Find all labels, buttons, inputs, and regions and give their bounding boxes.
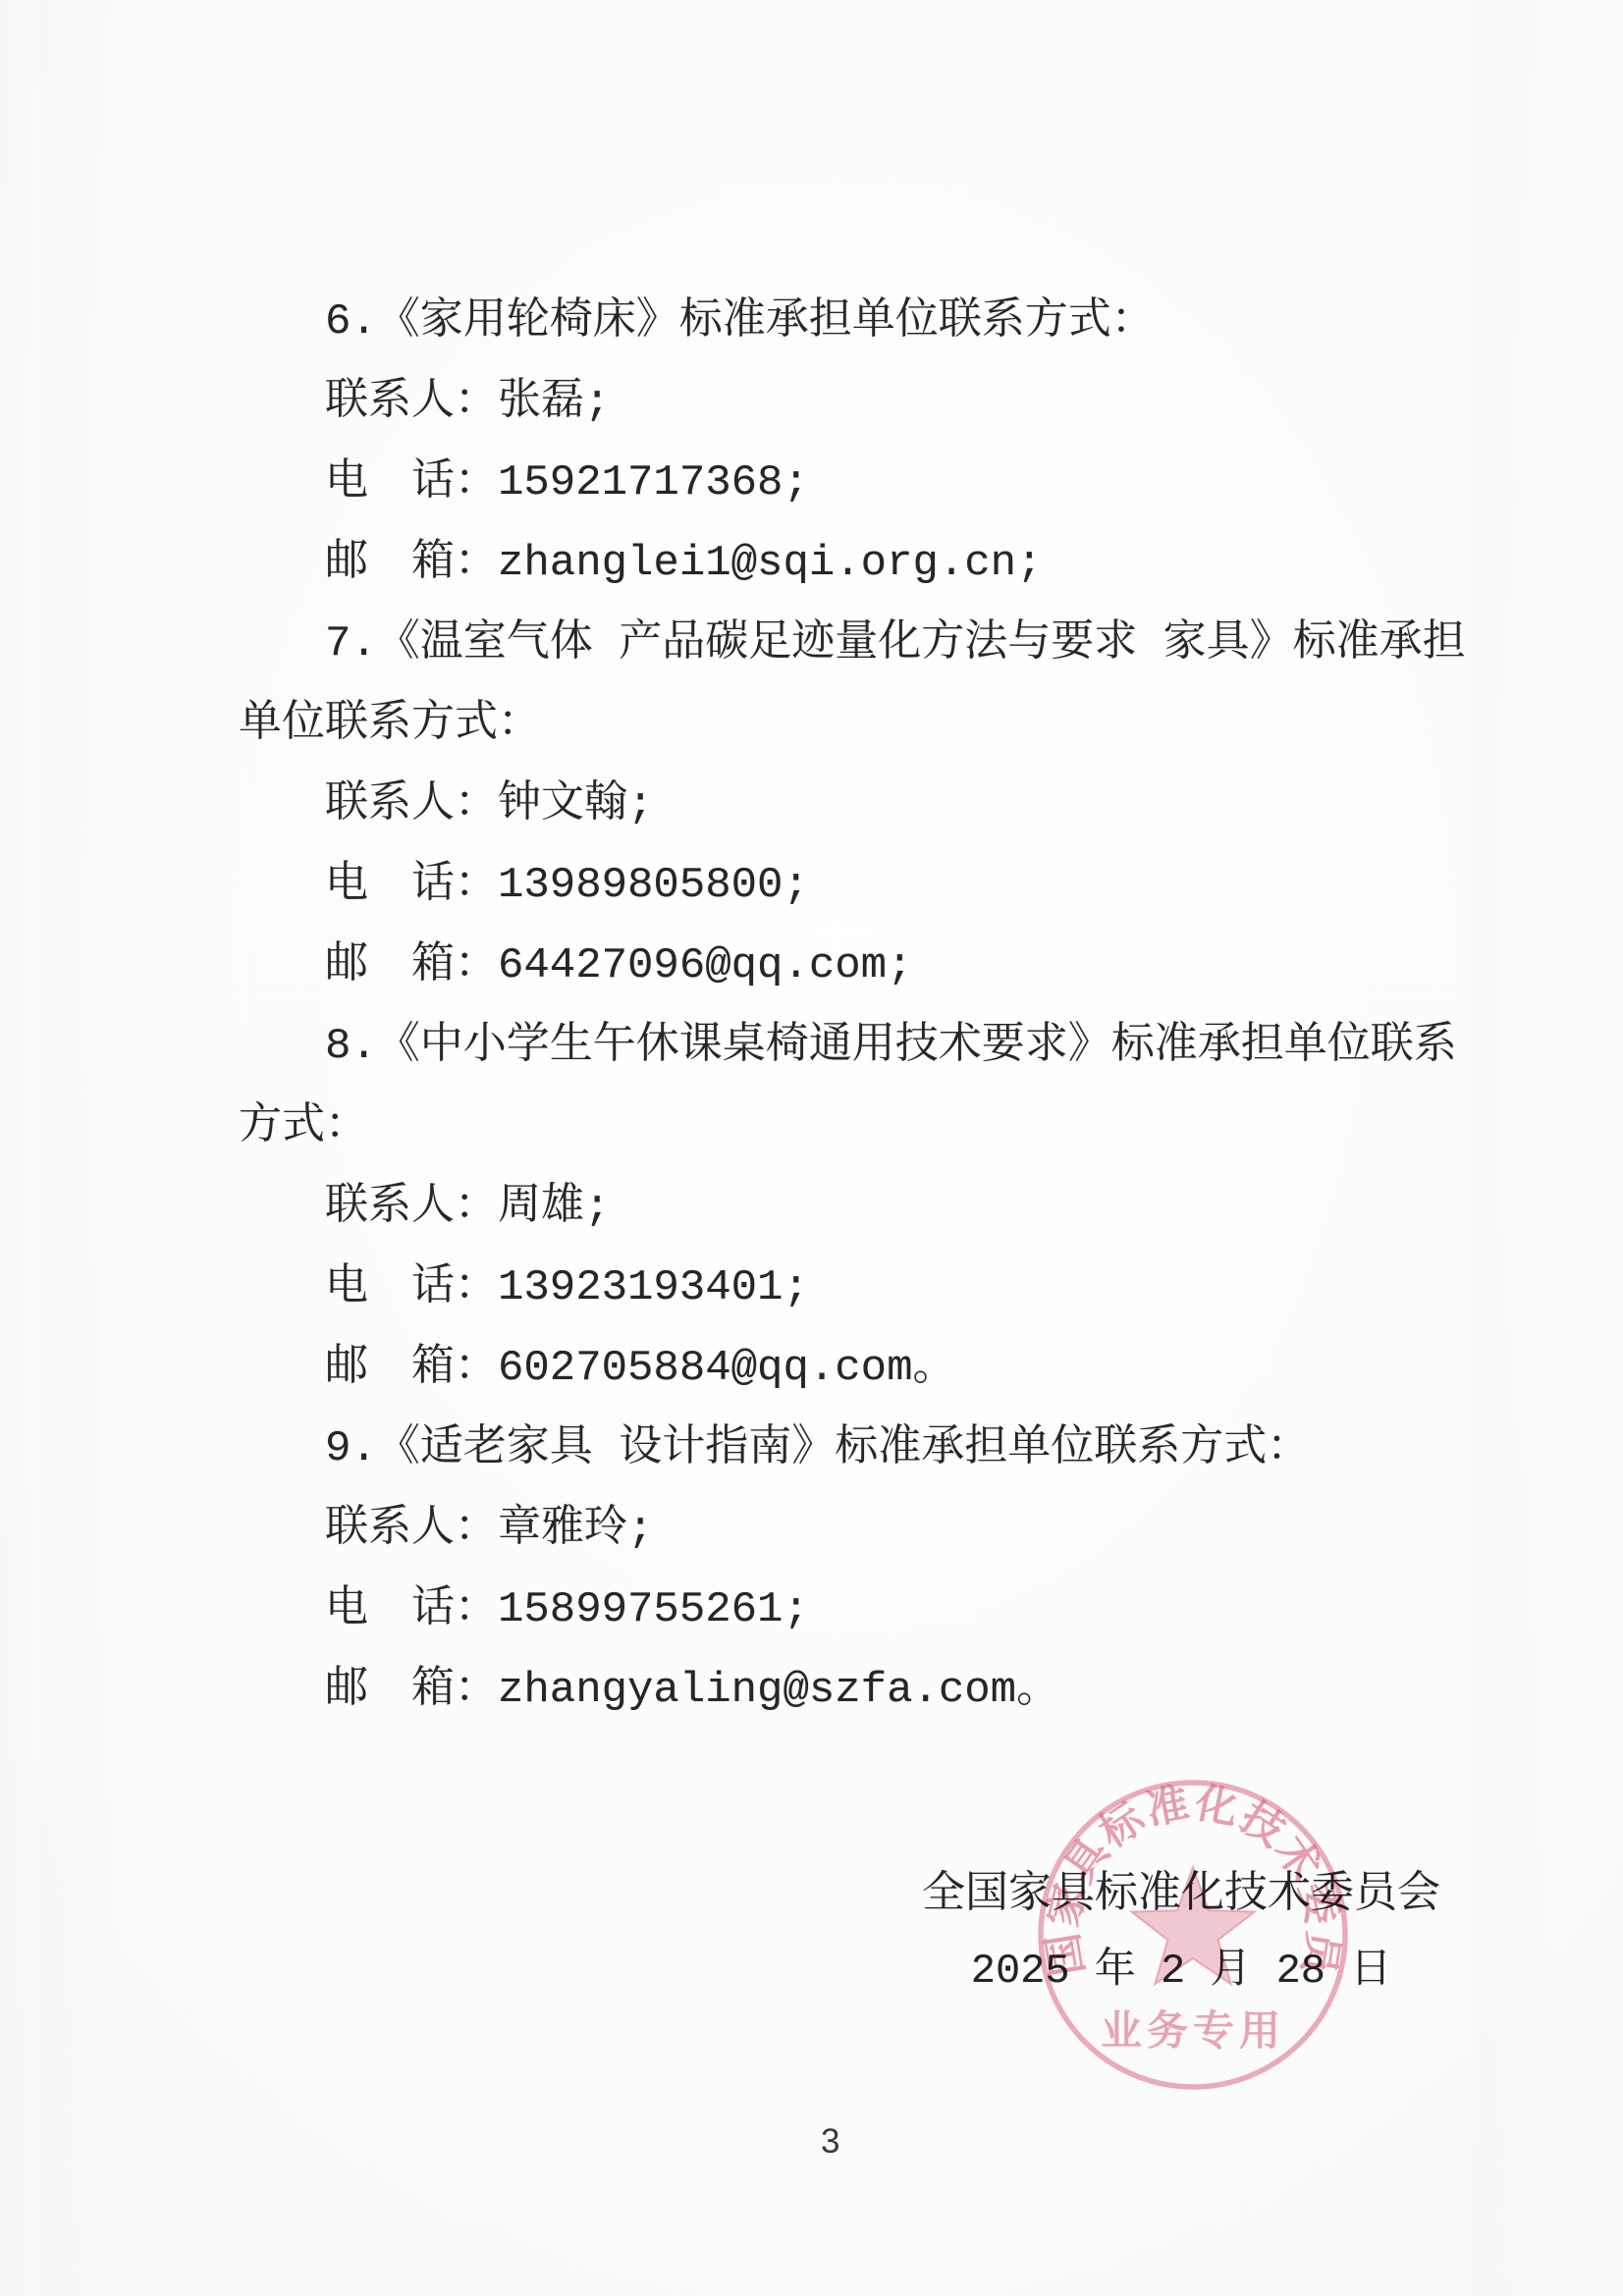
scanned-document-page: 6.《家用轮椅床》标准承担单位联系方式：联系人：张磊;电 话：159217173… (0, 0, 1623, 2296)
signature-date: 2025 年 2 月 28 日 (921, 1949, 1441, 1994)
text-line: 联系人：章雅玲; (239, 1489, 1399, 1570)
text-line: 单位联系方式： (239, 684, 1399, 765)
body-text: 6.《家用轮椅床》标准承担单位联系方式：联系人：张磊;电 话：159217173… (239, 282, 1399, 1731)
text-line: 联系人：周雄; (239, 1167, 1399, 1248)
scan-artifact-streak (1473, 0, 1561, 2296)
seal-bottom-text: 业务专用 (1101, 2008, 1285, 2055)
page-number: 3 (821, 2122, 839, 2162)
text-line: 电 话：13923193401; (239, 1248, 1399, 1328)
text-line: 电 话：15921717368; (239, 443, 1399, 523)
text-line: 9.《适老家具 设计指南》标准承担单位联系方式： (239, 1409, 1399, 1489)
text-line: 方式： (239, 1087, 1399, 1167)
text-line: 8.《中小学生午休课桌椅通用技术要求》标准承担单位联系 (239, 1006, 1399, 1087)
text-line: 电 话：15899755261; (239, 1570, 1399, 1650)
text-line: 联系人：张磊; (239, 362, 1399, 443)
text-line: 7.《温室气体 产品碳足迹量化方法与要求 家具》标准承担 (239, 604, 1399, 684)
signature-organization: 全国家具标准化技术委员会 (921, 1870, 1441, 1921)
scan-artifact-streak (39, 0, 128, 2296)
text-line: 邮 箱：602705884@qq.com。 (239, 1328, 1399, 1409)
text-line: 邮 箱：zhanglei1@sqi.org.cn; (239, 523, 1399, 604)
text-line: 联系人：钟文翰; (239, 765, 1399, 845)
text-line: 邮 箱：zhangyaling@szfa.com。 (239, 1650, 1399, 1731)
text-line: 邮 箱：64427096@qq.com; (239, 926, 1399, 1006)
text-line: 6.《家用轮椅床》标准承担单位联系方式： (239, 282, 1399, 362)
signature-block: 全国家具标准化技术委员会 2025 年 2 月 28 日 (921, 1870, 1441, 1994)
text-line: 电 话：13989805800; (239, 845, 1399, 926)
